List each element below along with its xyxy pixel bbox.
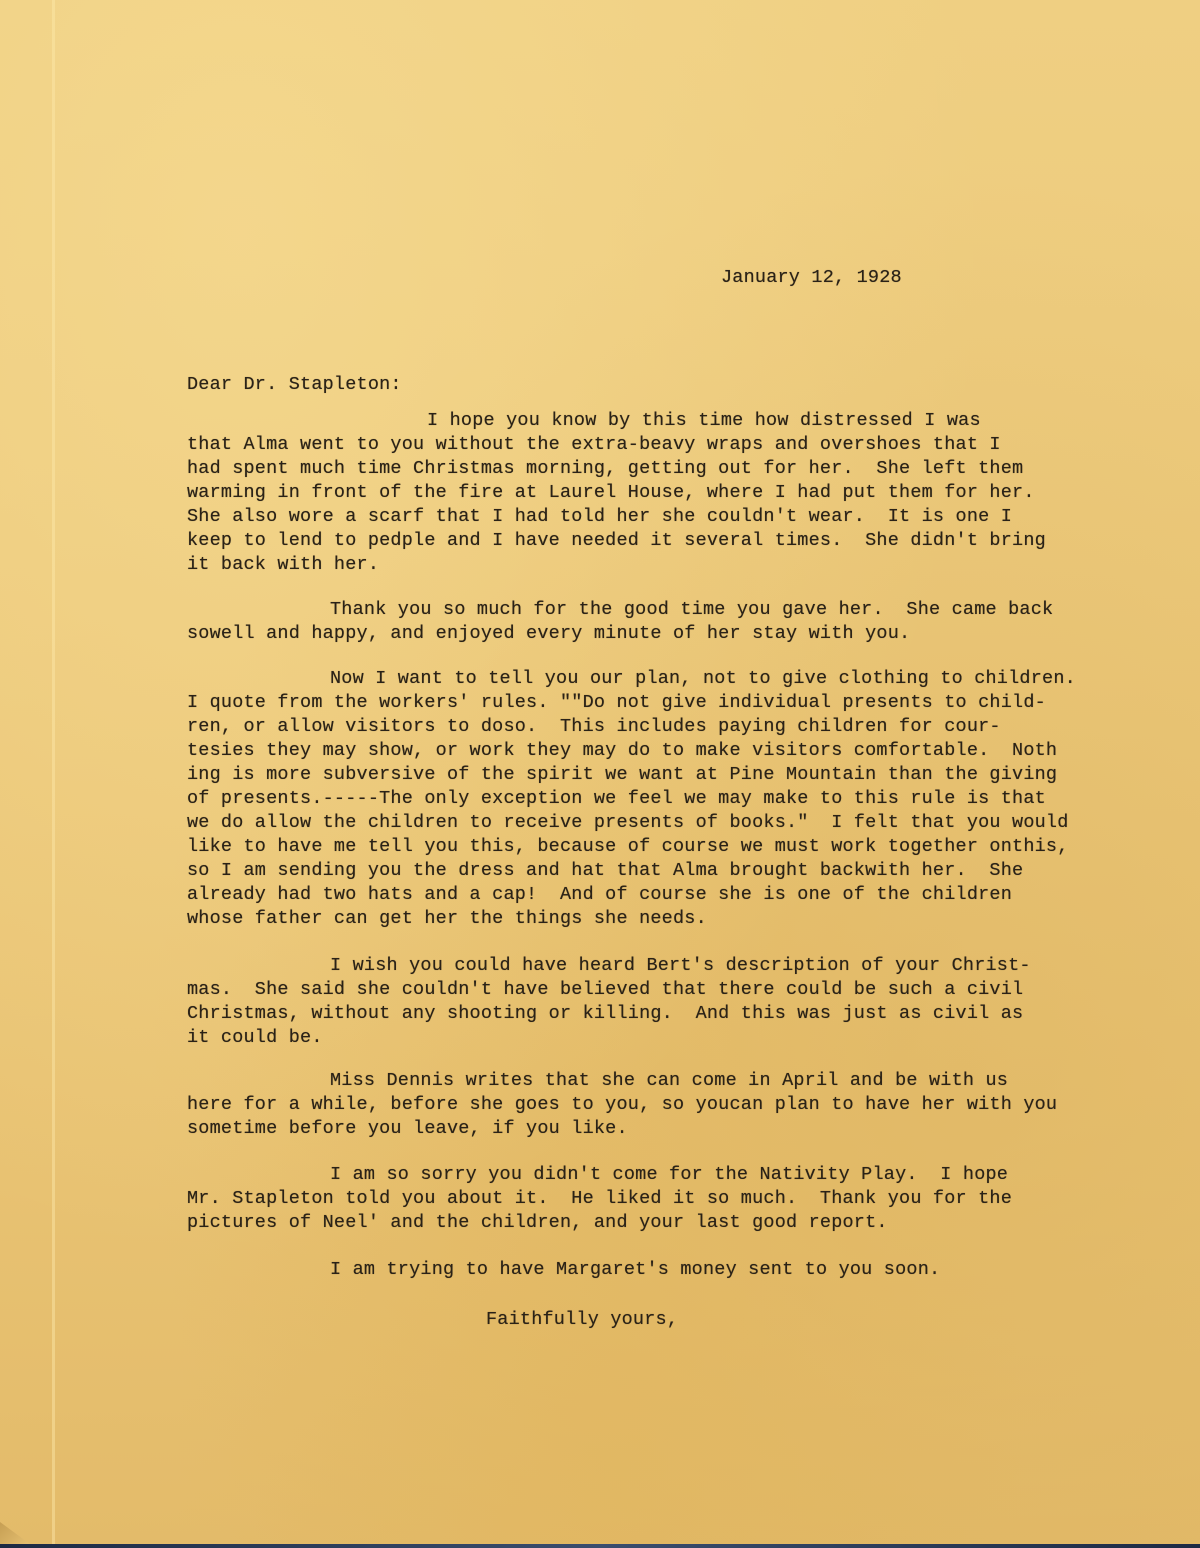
letter-line: here for a while, before she goes to you… xyxy=(187,1093,1057,1117)
letter-line: whose father can get her the things she … xyxy=(187,907,707,931)
letter-line: sometime before you leave, if you like. xyxy=(187,1117,628,1141)
letter-line: Now I want to tell you our plan, not to … xyxy=(330,667,1076,691)
letter-line: keep to lend to pedple and I have needed… xyxy=(187,529,1046,553)
letter-line: I wish you could have heard Bert's descr… xyxy=(330,954,1031,978)
letter-line: ing is more subversive of the spirit we … xyxy=(187,763,1057,787)
letter-line: pictures of Neel' and the children, and … xyxy=(187,1211,888,1235)
typewritten-letter: January 12, 1928 Dear Dr. Stapleton: I h… xyxy=(0,0,1200,1548)
letter-line: like to have me tell you this, because o… xyxy=(187,835,1069,859)
letter-line: Miss Dennis writes that she can come in … xyxy=(330,1069,1008,1093)
letter-line: She also wore a scarf that I had told he… xyxy=(187,505,1012,529)
letter-line: I am so sorry you didn't come for the Na… xyxy=(330,1163,1008,1187)
letter-line: mas. She said she couldn't have believed… xyxy=(187,978,1023,1002)
letter-line: that Alma went to you without the extra-… xyxy=(187,433,1001,457)
letter-line: we do allow the children to receive pres… xyxy=(187,811,1069,835)
letter-line: it could be. xyxy=(187,1026,323,1050)
letter-line: so I am sending you the dress and hat th… xyxy=(187,859,1023,883)
letter-line: had spent much time Christmas morning, g… xyxy=(187,457,1023,481)
letter-line: Christmas, without any shooting or killi… xyxy=(187,1002,1023,1026)
letter-line: Mr. Stapleton told you about it. He like… xyxy=(187,1187,1012,1211)
letter-date: January 12, 1928 xyxy=(721,266,902,290)
letter-line: ren, or allow visitors to doso. This inc… xyxy=(187,715,1001,739)
letter-line: tesies they may show, or work they may d… xyxy=(187,739,1057,763)
letter-line: I hope you know by this time how distres… xyxy=(427,409,981,433)
letter-line: sowell and happy, and enjoyed every minu… xyxy=(187,622,910,646)
letter-line: Thank you so much for the good time you … xyxy=(330,598,1053,622)
letter-line: I am trying to have Margaret's money sen… xyxy=(330,1258,940,1282)
letter-closing: Faithfully yours, xyxy=(486,1308,678,1332)
letter-line: I quote from the workers' rules. ""Do no… xyxy=(187,691,1046,715)
letter-line: already had two hats and a cap! And of c… xyxy=(187,883,1012,907)
letter-salutation: Dear Dr. Stapleton: xyxy=(187,373,402,397)
letter-line: it back with her. xyxy=(187,553,379,577)
letter-line: warming in front of the fire at Laurel H… xyxy=(187,481,1035,505)
letter-line: of presents.-----The only exception we f… xyxy=(187,787,1046,811)
